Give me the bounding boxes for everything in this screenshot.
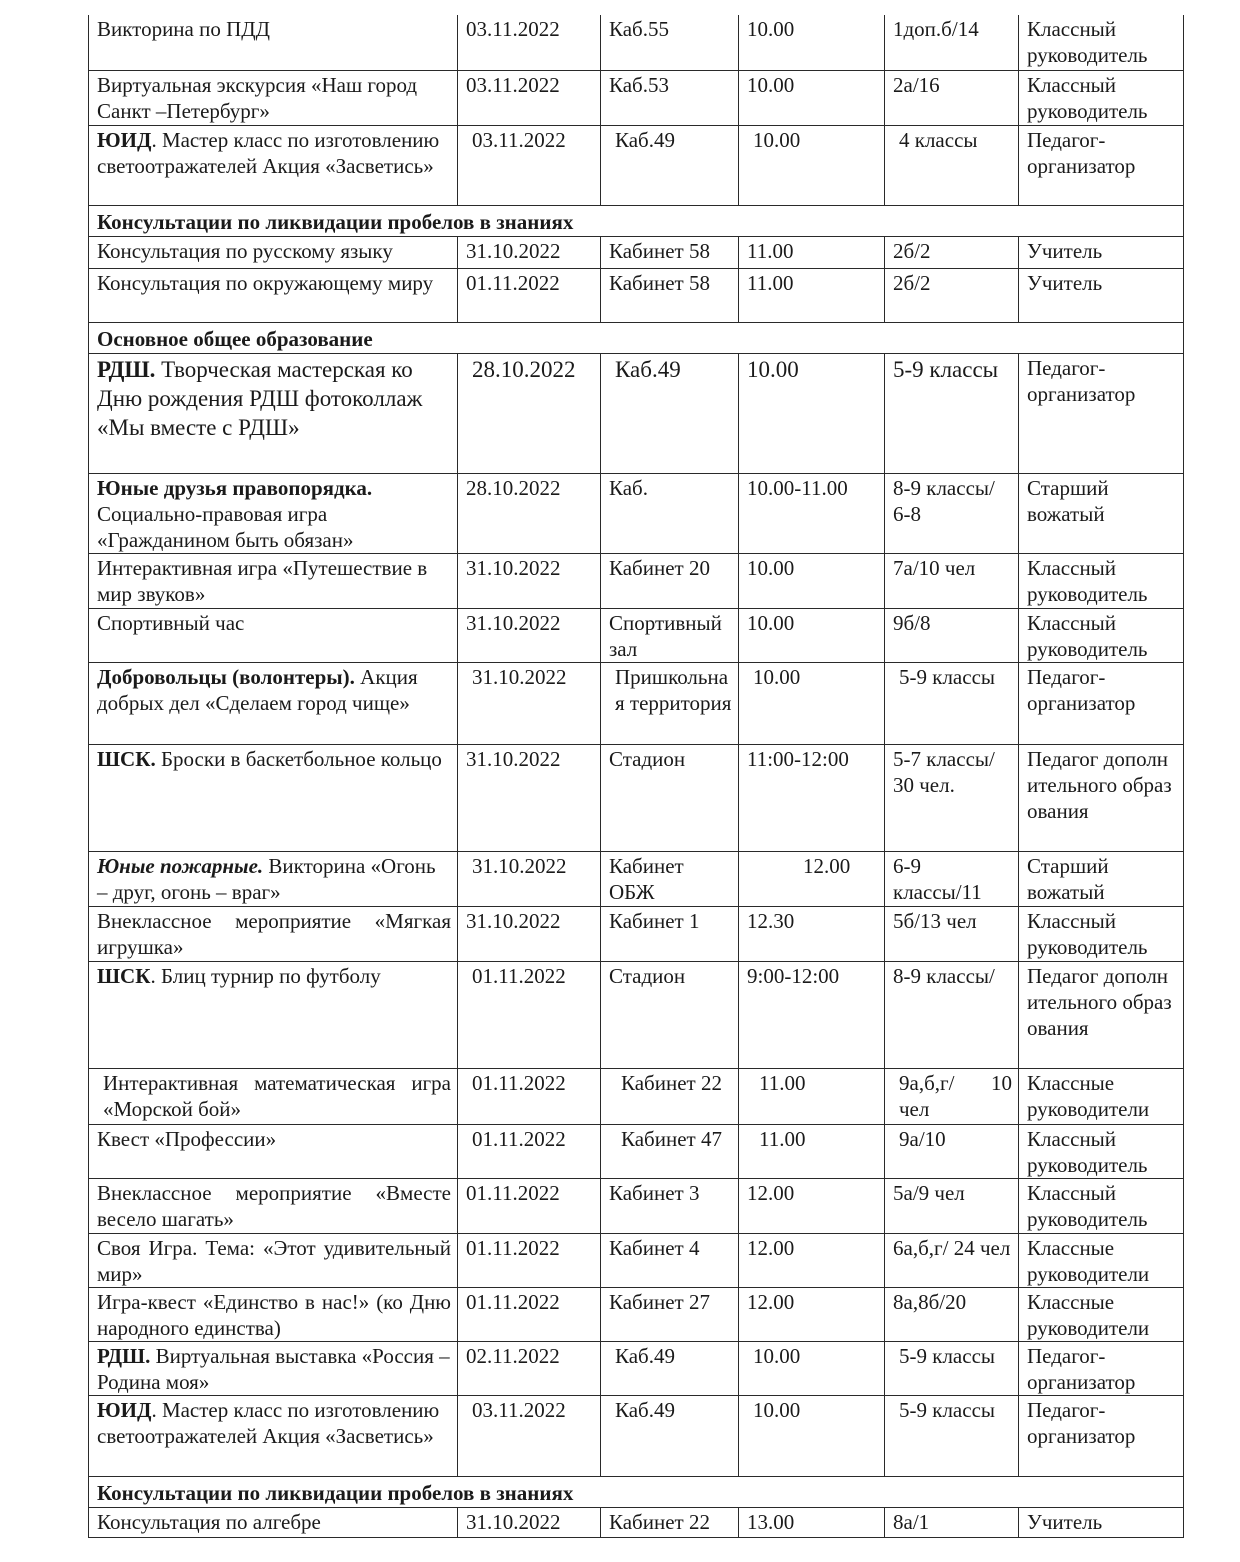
section-heading: Основное общее образование — [89, 322, 1184, 353]
event-title-text: Броски в баскетбольное кольцо — [156, 747, 442, 771]
event-date: 31.10.2022 — [458, 553, 601, 608]
event-title-text: Консультация по русскому языку — [97, 239, 393, 263]
event-title-text: Консультация по алгебре — [97, 1510, 321, 1534]
event-date: 03.11.2022 — [458, 15, 601, 70]
event-place: Спортивный зал — [601, 608, 739, 662]
event-time: 11.00 — [739, 1068, 885, 1124]
event-title: Интерактивная игра «Путешествие в мир зв… — [89, 553, 458, 608]
table-row: Добровольцы (волонтеры). Акция добрых де… — [89, 662, 1184, 744]
event-lead: ШСК. — [97, 747, 156, 771]
event-title: РДШ. Виртуальная выставка «Россия –Родин… — [89, 1341, 458, 1395]
event-responsible: Классные руководители — [1019, 1233, 1184, 1287]
event-participants: 6-9 классы/11 — [885, 851, 1019, 906]
table-row: ЮИД. Мастер класс по изготовлению светоо… — [89, 1395, 1184, 1476]
event-responsible: Классный руководитель — [1019, 15, 1184, 70]
event-time: 11.00 — [739, 236, 885, 268]
event-place: Кабинет 58 — [601, 236, 739, 268]
event-responsible: Педагог-организатор — [1019, 662, 1184, 744]
section-heading: Консультации по ликвидации пробелов в зн… — [89, 1476, 1184, 1507]
event-participants: 1доп.б/14 — [885, 15, 1019, 70]
event-place: Стадион — [601, 961, 739, 1068]
table-row: Своя Игра. Тема: «Этот удивительный мир»… — [89, 1233, 1184, 1287]
event-place: Каб.55 — [601, 15, 739, 70]
event-date: 01.11.2022 — [458, 1233, 601, 1287]
event-time: 10.00 — [739, 15, 885, 70]
event-title-text: Спортивный час — [97, 611, 244, 635]
event-place: Кабинет 58 — [601, 268, 739, 322]
event-responsible: Педагог-организатор — [1019, 1341, 1184, 1395]
event-time: 10.00 — [739, 553, 885, 608]
event-time: 10.00 — [739, 353, 885, 473]
event-participants: 5а/9 чел — [885, 1178, 1019, 1233]
event-time: 12.30 — [739, 906, 885, 961]
table-row: Виртуальная экскурсия «Наш город Санкт –… — [89, 70, 1184, 125]
event-title: Спортивный час — [89, 608, 458, 662]
event-title: ШСК. Броски в баскетбольное кольцо — [89, 744, 458, 851]
event-lead: ЮИД — [97, 128, 151, 152]
event-place: Кабинет 22 — [601, 1068, 739, 1124]
event-responsible: Педагог-организатор — [1019, 125, 1184, 205]
event-lead: Юные пожарные. — [97, 854, 263, 878]
event-responsible: Педагог-организатор — [1019, 353, 1184, 473]
event-date: 01.11.2022 — [458, 961, 601, 1068]
event-title-text: Интерактивная игра «Путешествие в мир зв… — [97, 556, 427, 606]
event-place: Каб.53 — [601, 70, 739, 125]
event-time: 10.00 — [739, 608, 885, 662]
event-place: Кабинет 1 — [601, 906, 739, 961]
table-row: Интерактивная игра «Путешествие в мир зв… — [89, 553, 1184, 608]
event-lead: РДШ. — [97, 357, 155, 382]
event-time: 10.00 — [739, 70, 885, 125]
event-place: Каб. — [601, 473, 739, 553]
event-title-text: Квест «Профессии» — [97, 1127, 276, 1151]
event-time: 12.00 — [739, 1233, 885, 1287]
event-time: 9:00-12:00 — [739, 961, 885, 1068]
event-time: 12.00 — [739, 851, 885, 906]
event-title: Консультация по алгебре — [89, 1507, 458, 1537]
event-date: 31.10.2022 — [458, 1507, 601, 1537]
event-time: 12.00 — [739, 1178, 885, 1233]
event-responsible: Старший вожатый — [1019, 473, 1184, 553]
event-participants: 2а/16 — [885, 70, 1019, 125]
table-row: Внеклассное мероприятие «Мягкая игрушка»… — [89, 906, 1184, 961]
event-lead: РДШ. — [97, 1344, 150, 1368]
event-responsible: Классный руководитель — [1019, 70, 1184, 125]
event-place: Каб.49 — [601, 1341, 739, 1395]
table-row: Консультация по алгебре 31.10.2022 Кабин… — [89, 1507, 1184, 1537]
event-place: Стадион — [601, 744, 739, 851]
event-title-text: Внеклассное мероприятие «Мягкая игрушка» — [97, 909, 451, 959]
event-title-text: Социально-правовая игра «Гражданином быт… — [97, 502, 353, 552]
section-heading: Консультации по ликвидации пробелов в зн… — [89, 205, 1184, 236]
event-time: 11.00 — [739, 268, 885, 322]
event-place: Кабинет 4 — [601, 1233, 739, 1287]
event-date: 31.10.2022 — [458, 906, 601, 961]
table-row: ШСК. Блиц турнир по футболу 01.11.2022 С… — [89, 961, 1184, 1068]
event-title: Своя Игра. Тема: «Этот удивительный мир» — [89, 1233, 458, 1287]
event-title: РДШ. Творческая мастерская ко Дню рожден… — [89, 353, 458, 473]
event-lead: ШСК — [97, 964, 150, 988]
event-title: Викторина по ПДД — [89, 15, 458, 70]
event-participants: 2б/2 — [885, 268, 1019, 322]
event-title: Внеклассное мероприятие «Вместе весело ш… — [89, 1178, 458, 1233]
event-participants: 2б/2 — [885, 236, 1019, 268]
event-title: ЮИД. Мастер класс по изготовлению светоо… — [89, 1395, 458, 1476]
event-participants: 8-9 классы/ 6-8 — [885, 473, 1019, 553]
event-participants: 5-9 классы — [885, 353, 1019, 473]
event-participants: 5-9 классы — [885, 1395, 1019, 1476]
event-responsible: Классный руководитель — [1019, 1124, 1184, 1178]
event-date: 01.11.2022 — [458, 1178, 601, 1233]
event-title: Добровольцы (волонтеры). Акция добрых де… — [89, 662, 458, 744]
section-row: Консультации по ликвидации пробелов в зн… — [89, 1476, 1184, 1507]
event-title-text: Виртуальная экскурсия «Наш город Санкт –… — [97, 73, 417, 123]
schedule-body: Викторина по ПДД 03.11.2022 Каб.55 10.00… — [89, 15, 1184, 1537]
table-row: РДШ. Творческая мастерская ко Дню рожден… — [89, 353, 1184, 473]
event-title-text: Виртуальная выставка «Россия –Родина моя… — [97, 1344, 450, 1394]
event-time: 11.00 — [739, 1124, 885, 1178]
event-participants: 8-9 классы/ — [885, 961, 1019, 1068]
event-lead: Юные друзья правопорядка. — [97, 476, 372, 500]
event-participants: 8а,8б/20 — [885, 1287, 1019, 1341]
event-responsible: Учитель — [1019, 236, 1184, 268]
event-responsible: Классный руководитель — [1019, 553, 1184, 608]
table-row: Викторина по ПДД 03.11.2022 Каб.55 10.00… — [89, 15, 1184, 70]
event-responsible: Учитель — [1019, 1507, 1184, 1537]
event-participants: 6а,б,г/ 24 чел — [885, 1233, 1019, 1287]
event-place: Кабинет 47 — [601, 1124, 739, 1178]
event-place: Кабинет 20 — [601, 553, 739, 608]
event-responsible: Старший вожатый — [1019, 851, 1184, 906]
document-page: Викторина по ПДД 03.11.2022 Каб.55 10.00… — [88, 15, 1183, 1538]
event-time: 11:00-12:00 — [739, 744, 885, 851]
table-row: РДШ. Виртуальная выставка «Россия –Родин… — [89, 1341, 1184, 1395]
event-date: 31.10.2022 — [458, 236, 601, 268]
event-time: 10.00-11.00 — [739, 473, 885, 553]
event-time: 10.00 — [739, 1341, 885, 1395]
event-title: Квест «Профессии» — [89, 1124, 458, 1178]
event-date: 28.10.2022 — [458, 353, 601, 473]
event-date: 31.10.2022 — [458, 662, 601, 744]
event-responsible: Педагог дополнительного образования — [1019, 961, 1184, 1068]
table-row: Интерактивная математическая игра «Морск… — [89, 1068, 1184, 1124]
event-place: Кабинет 3 — [601, 1178, 739, 1233]
event-title: Виртуальная экскурсия «Наш город Санкт –… — [89, 70, 458, 125]
event-responsible: Классный руководитель — [1019, 906, 1184, 961]
event-time: 13.00 — [739, 1507, 885, 1537]
event-time: 10.00 — [739, 662, 885, 744]
event-responsible: Учитель — [1019, 268, 1184, 322]
event-participants: 5-7 классы/ 30 чел. — [885, 744, 1019, 851]
event-place: Каб.49 — [601, 353, 739, 473]
table-row: Спортивный час 31.10.2022 Спортивный зал… — [89, 608, 1184, 662]
event-title-text: Викторина по ПДД — [97, 17, 270, 41]
event-responsible: Классные руководители — [1019, 1068, 1184, 1124]
event-date: 31.10.2022 — [458, 744, 601, 851]
event-participants: 9а,б,г/ 10 чел — [885, 1068, 1019, 1124]
event-participants: 5б/13 чел — [885, 906, 1019, 961]
event-title: Консультация по окружающему миру — [89, 268, 458, 322]
table-row: Консультация по окружающему миру 01.11.2… — [89, 268, 1184, 322]
event-responsible: Педагог-организатор — [1019, 1395, 1184, 1476]
event-date: 31.10.2022 — [458, 608, 601, 662]
event-title-text: Игра-квест «Единство в нас!» (ко Дню нар… — [97, 1290, 451, 1340]
event-responsible: Классный руководитель — [1019, 608, 1184, 662]
event-title: Игра-квест «Единство в нас!» (ко Дню нар… — [89, 1287, 458, 1341]
event-participants: 8а/1 — [885, 1507, 1019, 1537]
event-place: Пришкольная территория — [601, 662, 739, 744]
event-date: 01.11.2022 — [458, 1068, 601, 1124]
event-title-text: Внеклассное мероприятие «Вместе весело ш… — [97, 1181, 451, 1231]
event-title: Внеклассное мероприятие «Мягкая игрушка» — [89, 906, 458, 961]
table-row: Консультация по русскому языку 31.10.202… — [89, 236, 1184, 268]
event-title-text: Консультация по окружающему миру — [97, 271, 433, 295]
event-participants: 9а/10 — [885, 1124, 1019, 1178]
section-row: Основное общее образование — [89, 322, 1184, 353]
events-schedule-table: Викторина по ПДД 03.11.2022 Каб.55 10.00… — [88, 15, 1184, 1538]
event-lead: ЮИД — [97, 1398, 151, 1422]
event-time: 10.00 — [739, 125, 885, 205]
section-row: Консультации по ликвидации пробелов в зн… — [89, 205, 1184, 236]
event-date: 01.11.2022 — [458, 268, 601, 322]
table-row: ШСК. Броски в баскетбольное кольцо 31.10… — [89, 744, 1184, 851]
event-title-text: Своя Игра. Тема: «Этот удивительный мир» — [97, 1236, 451, 1286]
event-title-text: Интерактивная математическая игра «Морск… — [103, 1071, 451, 1121]
event-title: Юные пожарные. Викторина «Огонь – друг, … — [89, 851, 458, 906]
event-time: 12.00 — [739, 1287, 885, 1341]
table-row: Юные друзья правопорядка. Социально-прав… — [89, 473, 1184, 553]
event-date: 28.10.2022 — [458, 473, 601, 553]
event-place: Кабинет 22 — [601, 1507, 739, 1537]
event-title: ШСК. Блиц турнир по футболу — [89, 961, 458, 1068]
table-row: Внеклассное мероприятие «Вместе весело ш… — [89, 1178, 1184, 1233]
table-row: Юные пожарные. Викторина «Огонь – друг, … — [89, 851, 1184, 906]
event-place: Каб.49 — [601, 1395, 739, 1476]
event-date: 03.11.2022 — [458, 70, 601, 125]
event-participants: 4 классы — [885, 125, 1019, 205]
event-place: Каб.49 — [601, 125, 739, 205]
event-date: 01.11.2022 — [458, 1124, 601, 1178]
event-lead: Добровольцы (волонтеры). — [97, 665, 355, 689]
event-participants: 5-9 классы — [885, 662, 1019, 744]
table-row: ЮИД. Мастер класс по изготовлению светоо… — [89, 125, 1184, 205]
table-row: Квест «Профессии» 01.11.2022 Кабинет 47 … — [89, 1124, 1184, 1178]
event-date: 31.10.2022 — [458, 851, 601, 906]
event-participants: 9б/8 — [885, 608, 1019, 662]
event-participants: 7а/10 чел — [885, 553, 1019, 608]
event-date: 01.11.2022 — [458, 1287, 601, 1341]
event-title: ЮИД. Мастер класс по изготовлению светоо… — [89, 125, 458, 205]
event-title: Консультация по русскому языку — [89, 236, 458, 268]
event-place: Кабинет 27 — [601, 1287, 739, 1341]
event-time: 10.00 — [739, 1395, 885, 1476]
event-date: 02.11.2022 — [458, 1341, 601, 1395]
event-title-text: . Блиц турнир по футболу — [150, 964, 380, 988]
table-row: Игра-квест «Единство в нас!» (ко Дню нар… — [89, 1287, 1184, 1341]
event-date: 03.11.2022 — [458, 1395, 601, 1476]
event-place: Кабинет ОБЖ — [601, 851, 739, 906]
event-participants: 5-9 классы — [885, 1341, 1019, 1395]
event-responsible: Классные руководители — [1019, 1287, 1184, 1341]
event-title: Юные друзья правопорядка. Социально-прав… — [89, 473, 458, 553]
event-responsible: Классный руководитель — [1019, 1178, 1184, 1233]
event-title: Интерактивная математическая игра «Морск… — [89, 1068, 458, 1124]
event-date: 03.11.2022 — [458, 125, 601, 205]
event-responsible: Педагог дополнительного образования — [1019, 744, 1184, 851]
